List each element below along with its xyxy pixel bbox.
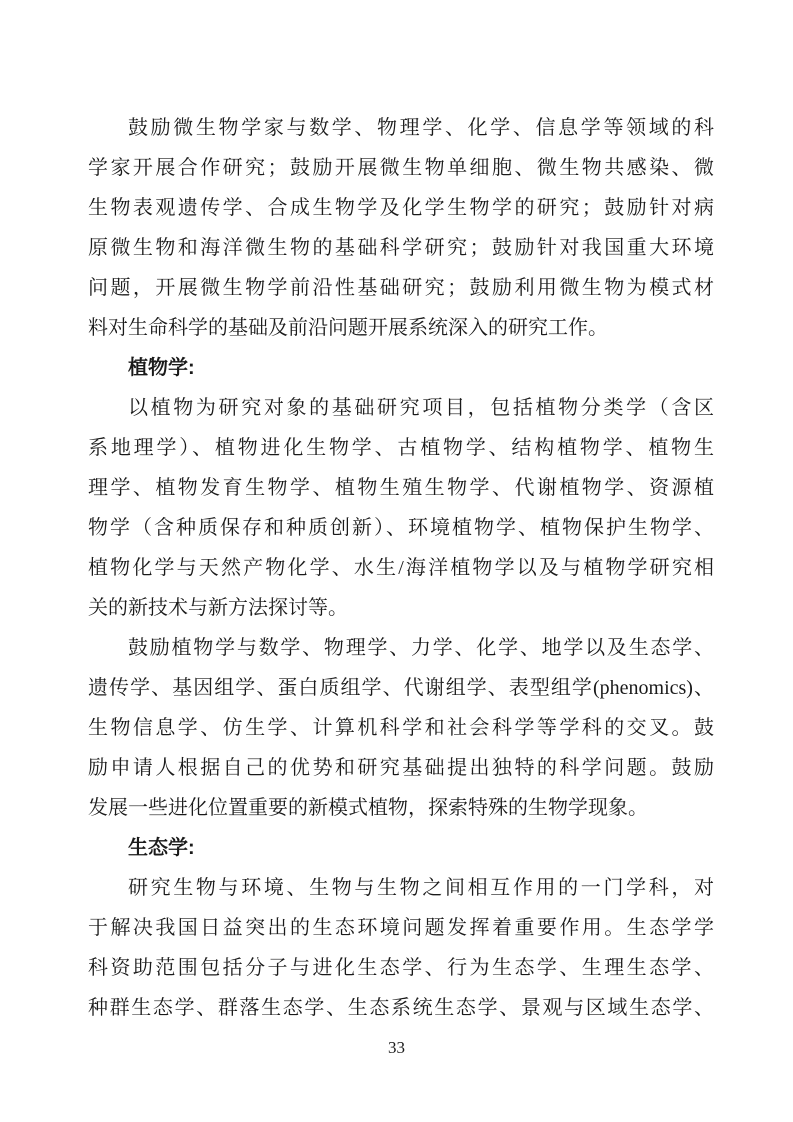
paragraph-line: 学家开展合作研究；鼓励开展微生物单细胞、微生物共感染、微: [88, 148, 714, 188]
paragraph-line: 于解决我国日益突出的生态环境问题发挥着重要作用。生态学学: [88, 908, 714, 948]
paragraph-line: 鼓励微生物学家与数学、物理学、化学、信息学等领域的科: [88, 108, 714, 148]
paragraph-line: 以植物为研究对象的基础研究项目，包括植物分类学（含区: [88, 388, 714, 428]
paragraph-line: 理学、植物发育生物学、植物生殖生物学、代谢植物学、资源植: [88, 468, 714, 508]
paragraph-line: 问题，开展微生物学前沿性基础研究；鼓励利用微生物为模式材: [88, 268, 714, 308]
paragraph-line: 植物化学与天然产物化学、水生/海洋植物学以及与植物学研究相: [88, 548, 714, 588]
paragraph-line: 发展一些进化位置重要的新模式植物，探索特殊的生物学现象。: [88, 788, 714, 828]
paragraph-line: 科资助范围包括分子与进化生态学、行为生态学、生理生态学、: [88, 948, 714, 988]
page-number: 33: [0, 1034, 793, 1062]
paragraph-line: 生物信息学、仿生学、计算机科学和社会科学等学科的交叉。鼓: [88, 708, 714, 748]
paragraph-line: 励申请人根据自己的优势和研究基础提出独特的科学问题。鼓励: [88, 748, 714, 788]
paragraph-line: 研究生物与环境、生物与生物之间相互作用的一门学科，对: [88, 868, 714, 908]
section-heading-ecology: 生态学:: [88, 828, 714, 868]
page-body-text: 鼓励微生物学家与数学、物理学、化学、信息学等领域的科 学家开展合作研究；鼓励开展…: [88, 108, 714, 1028]
paragraph-line: 原微生物和海洋微生物的基础科学研究；鼓励针对我国重大环境: [88, 228, 714, 268]
section-heading-botany: 植物学:: [88, 348, 714, 388]
paragraph-line: 鼓励植物学与数学、物理学、力学、化学、地学以及生态学、: [88, 628, 714, 668]
paragraph-line: 料对生命科学的基础及前沿问题开展系统深入的研究工作。: [88, 308, 714, 348]
paragraph-line: 系地理学）、植物进化生物学、古植物学、结构植物学、植物生: [88, 428, 714, 468]
paragraph-line: 关的新技术与新方法探讨等。: [88, 588, 714, 628]
paragraph-line: 生物表观遗传学、合成生物学及化学生物学的研究；鼓励针对病: [88, 188, 714, 228]
paragraph-line: 种群生态学、群落生态学、生态系统生态学、景观与区域生态学、: [88, 988, 714, 1028]
paragraph-line: 遗传学、基因组学、蛋白质组学、代谢组学、表型组学(phenomics)、: [88, 668, 714, 708]
paragraph-line: 物学（含种质保存和种质创新）、环境植物学、植物保护生物学、: [88, 508, 714, 548]
document-page: 鼓励微生物学家与数学、物理学、化学、信息学等领域的科 学家开展合作研究；鼓励开展…: [0, 0, 793, 1122]
